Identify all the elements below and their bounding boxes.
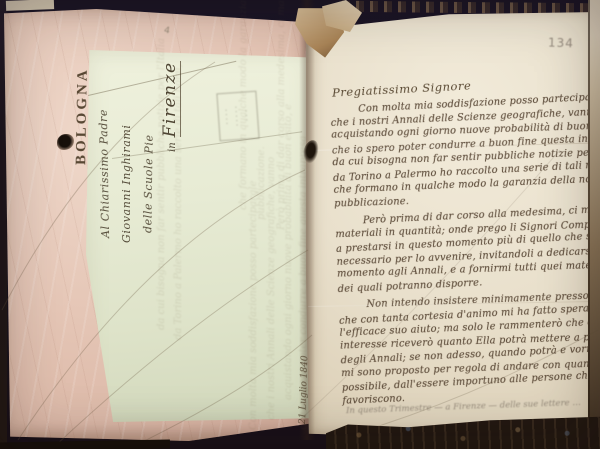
book-spine-shadow (299, 0, 315, 440)
bologna-postmark-stamp: BOLOGNA (73, 67, 92, 165)
page-edge-scrap (6, 0, 54, 11)
ink-showthrough-line: che formano in qualche modo la garanzia … (238, 0, 249, 210)
ink-showthrough-line: pubblicazione. (256, 146, 267, 220)
book-right-edge (588, 0, 600, 449)
book-fore-edge-texture (336, 1, 598, 15)
letter-body: Con molta mia soddisfazione posso partec… (330, 93, 600, 414)
photo-of-manuscript-book: BOLOGNA Al Chiarissimo Padre Giovanni In… (0, 0, 600, 449)
ink-showthrough-line: Però prima di dar corso alla medesima, c… (276, 0, 287, 230)
ink-showthrough-line: da Torino a Palermo ho raccolto una seri… (173, 64, 184, 340)
ink-showthrough-line: da cui bisogna non far sentir pubbliche … (156, 38, 167, 330)
address-block-rotated: BOLOGNA Al Chiarissimo Padre Giovanni In… (72, 8, 307, 248)
book-cover-bottom-left (0, 440, 170, 449)
letter-line: dei quali potranno disporre. (338, 277, 483, 295)
address-line-1: Al Chiarissimo Padre (97, 109, 112, 238)
letter-salutation: Pregiatissimo Signore (332, 78, 472, 99)
address-line-2: Giovanni Inghirami (120, 124, 133, 243)
letter-line: pubblicazione. (334, 196, 409, 209)
letter-text-page: 134 Pregiatissimo Signore Con molta mia … (306, 10, 592, 438)
pencil-page-number: 134 (548, 36, 574, 51)
address-line-3: delle Scuole Pie (141, 134, 155, 233)
